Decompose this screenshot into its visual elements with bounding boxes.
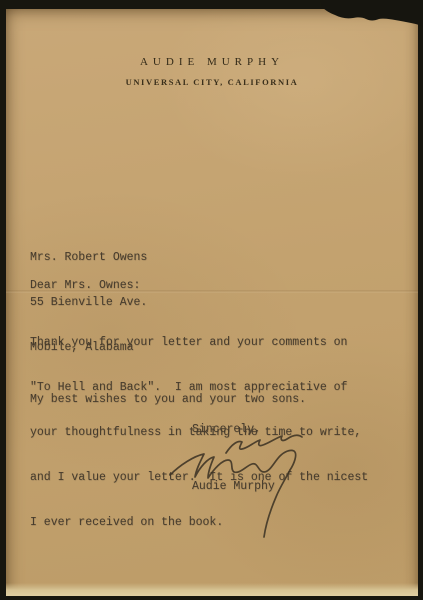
typed-signature-name: Audie Murphy xyxy=(192,479,275,494)
paper-deckle-edge xyxy=(6,583,418,596)
body-line: Thank you for your letter and your comme… xyxy=(30,335,368,350)
letterhead-name: AUDIE MURPHY xyxy=(6,56,418,68)
photo-background: AUDIE MURPHY UNIVERSAL CITY, CALIFORNIA … xyxy=(0,0,423,600)
closing-word: Sincerely, xyxy=(192,422,261,437)
salutation: Dear Mrs. Ownes: xyxy=(30,278,140,293)
farewell-line: My best wishes to you and your two sons. xyxy=(30,392,306,407)
body-line: I ever received on the book. xyxy=(30,515,368,530)
letter-sheet: AUDIE MURPHY UNIVERSAL CITY, CALIFORNIA … xyxy=(6,9,418,596)
letterhead-location: UNIVERSAL CITY, CALIFORNIA xyxy=(6,77,418,87)
recipient-name-line: Mrs. Robert Owens xyxy=(30,250,147,265)
